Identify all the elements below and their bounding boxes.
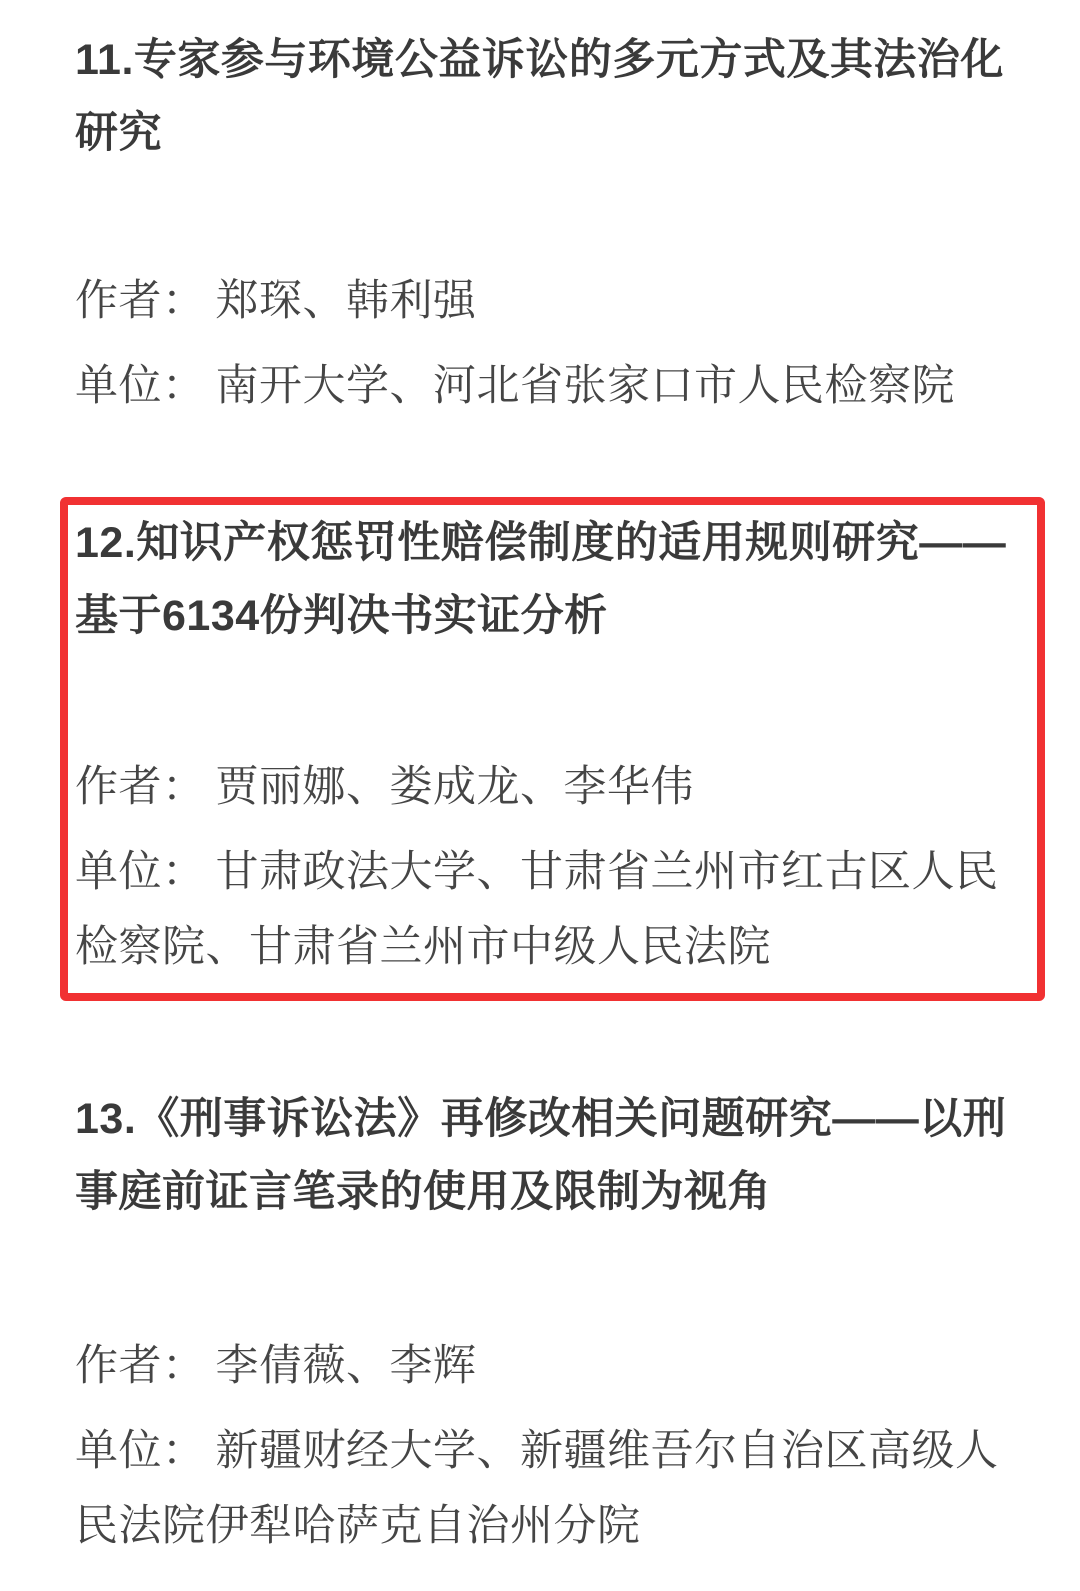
highlight-box: 12.知识产权惩罚性赔偿制度的适用规则研究——基于6134份判决书实证分析 作者…: [60, 497, 1045, 1001]
authors-value-11: 郑琛、韩利强: [216, 277, 477, 325]
paper-title-11: 11.专家参与环境公益诉讼的多元方式及其法治化研究: [75, 24, 1030, 170]
units-line-12: 单位：甘肃政法大学、甘肃省兰州市红古区人民检察院、甘肃省兰州市中级人民法院: [75, 835, 1031, 985]
units-value-11: 南开大学、河北省张家口市人民检察院: [216, 362, 956, 410]
paper-meta-12: 作者：贾丽娜、娄成龙、李华伟 单位：甘肃政法大学、甘肃省兰州市红古区人民检察院、…: [75, 750, 1031, 985]
paper-entry-13: 13.《刑事诉讼法》再修改相关问题研究——以刑事庭前证言笔录的使用及限制为视角 …: [75, 1083, 1030, 1564]
units-label: 单位：: [75, 848, 206, 896]
authors-line-11: 作者：郑琛、韩利强: [75, 264, 1030, 339]
units-line-13: 单位：新疆财经大学、新疆维吾尔自治区高级人民法院伊犁哈萨克自治州分院: [75, 1414, 1030, 1564]
authors-line-13: 作者：李倩薇、李辉: [75, 1329, 1030, 1404]
units-value-13: 新疆财经大学、新疆维吾尔自治区高级人民法院伊犁哈萨克自治州分院: [75, 1427, 999, 1550]
paper-title-12: 12.知识产权惩罚性赔偿制度的适用规则研究——基于6134份判决书实证分析: [75, 507, 1031, 653]
authors-value-12: 贾丽娜、娄成龙、李华伟: [216, 763, 695, 811]
paper-entry-11: 11.专家参与环境公益诉讼的多元方式及其法治化研究 作者：郑琛、韩利强 单位：南…: [75, 24, 1030, 424]
authors-label: 作者：: [75, 763, 206, 811]
paper-list-page: 11.专家参与环境公益诉讼的多元方式及其法治化研究 作者：郑琛、韩利强 单位：南…: [0, 0, 1080, 1591]
units-label: 单位：: [75, 362, 206, 410]
authors-label: 作者：: [75, 277, 206, 325]
paper-entry-12: 12.知识产权惩罚性赔偿制度的适用规则研究——基于6134份判决书实证分析 作者…: [75, 507, 1031, 985]
units-line-11: 单位：南开大学、河北省张家口市人民检察院: [75, 349, 1030, 424]
authors-line-12: 作者：贾丽娜、娄成龙、李华伟: [75, 750, 1031, 825]
paper-meta-13: 作者：李倩薇、李辉 单位：新疆财经大学、新疆维吾尔自治区高级人民法院伊犁哈萨克自…: [75, 1329, 1030, 1564]
paper-meta-11: 作者：郑琛、韩利强 单位：南开大学、河北省张家口市人民检察院: [75, 264, 1030, 424]
units-value-12: 甘肃政法大学、甘肃省兰州市红古区人民检察院、甘肃省兰州市中级人民法院: [75, 848, 999, 971]
paper-title-13: 13.《刑事诉讼法》再修改相关问题研究——以刑事庭前证言笔录的使用及限制为视角: [75, 1083, 1030, 1229]
authors-label: 作者：: [75, 1342, 206, 1390]
units-label: 单位：: [75, 1427, 206, 1475]
authors-value-13: 李倩薇、李辉: [216, 1342, 477, 1390]
